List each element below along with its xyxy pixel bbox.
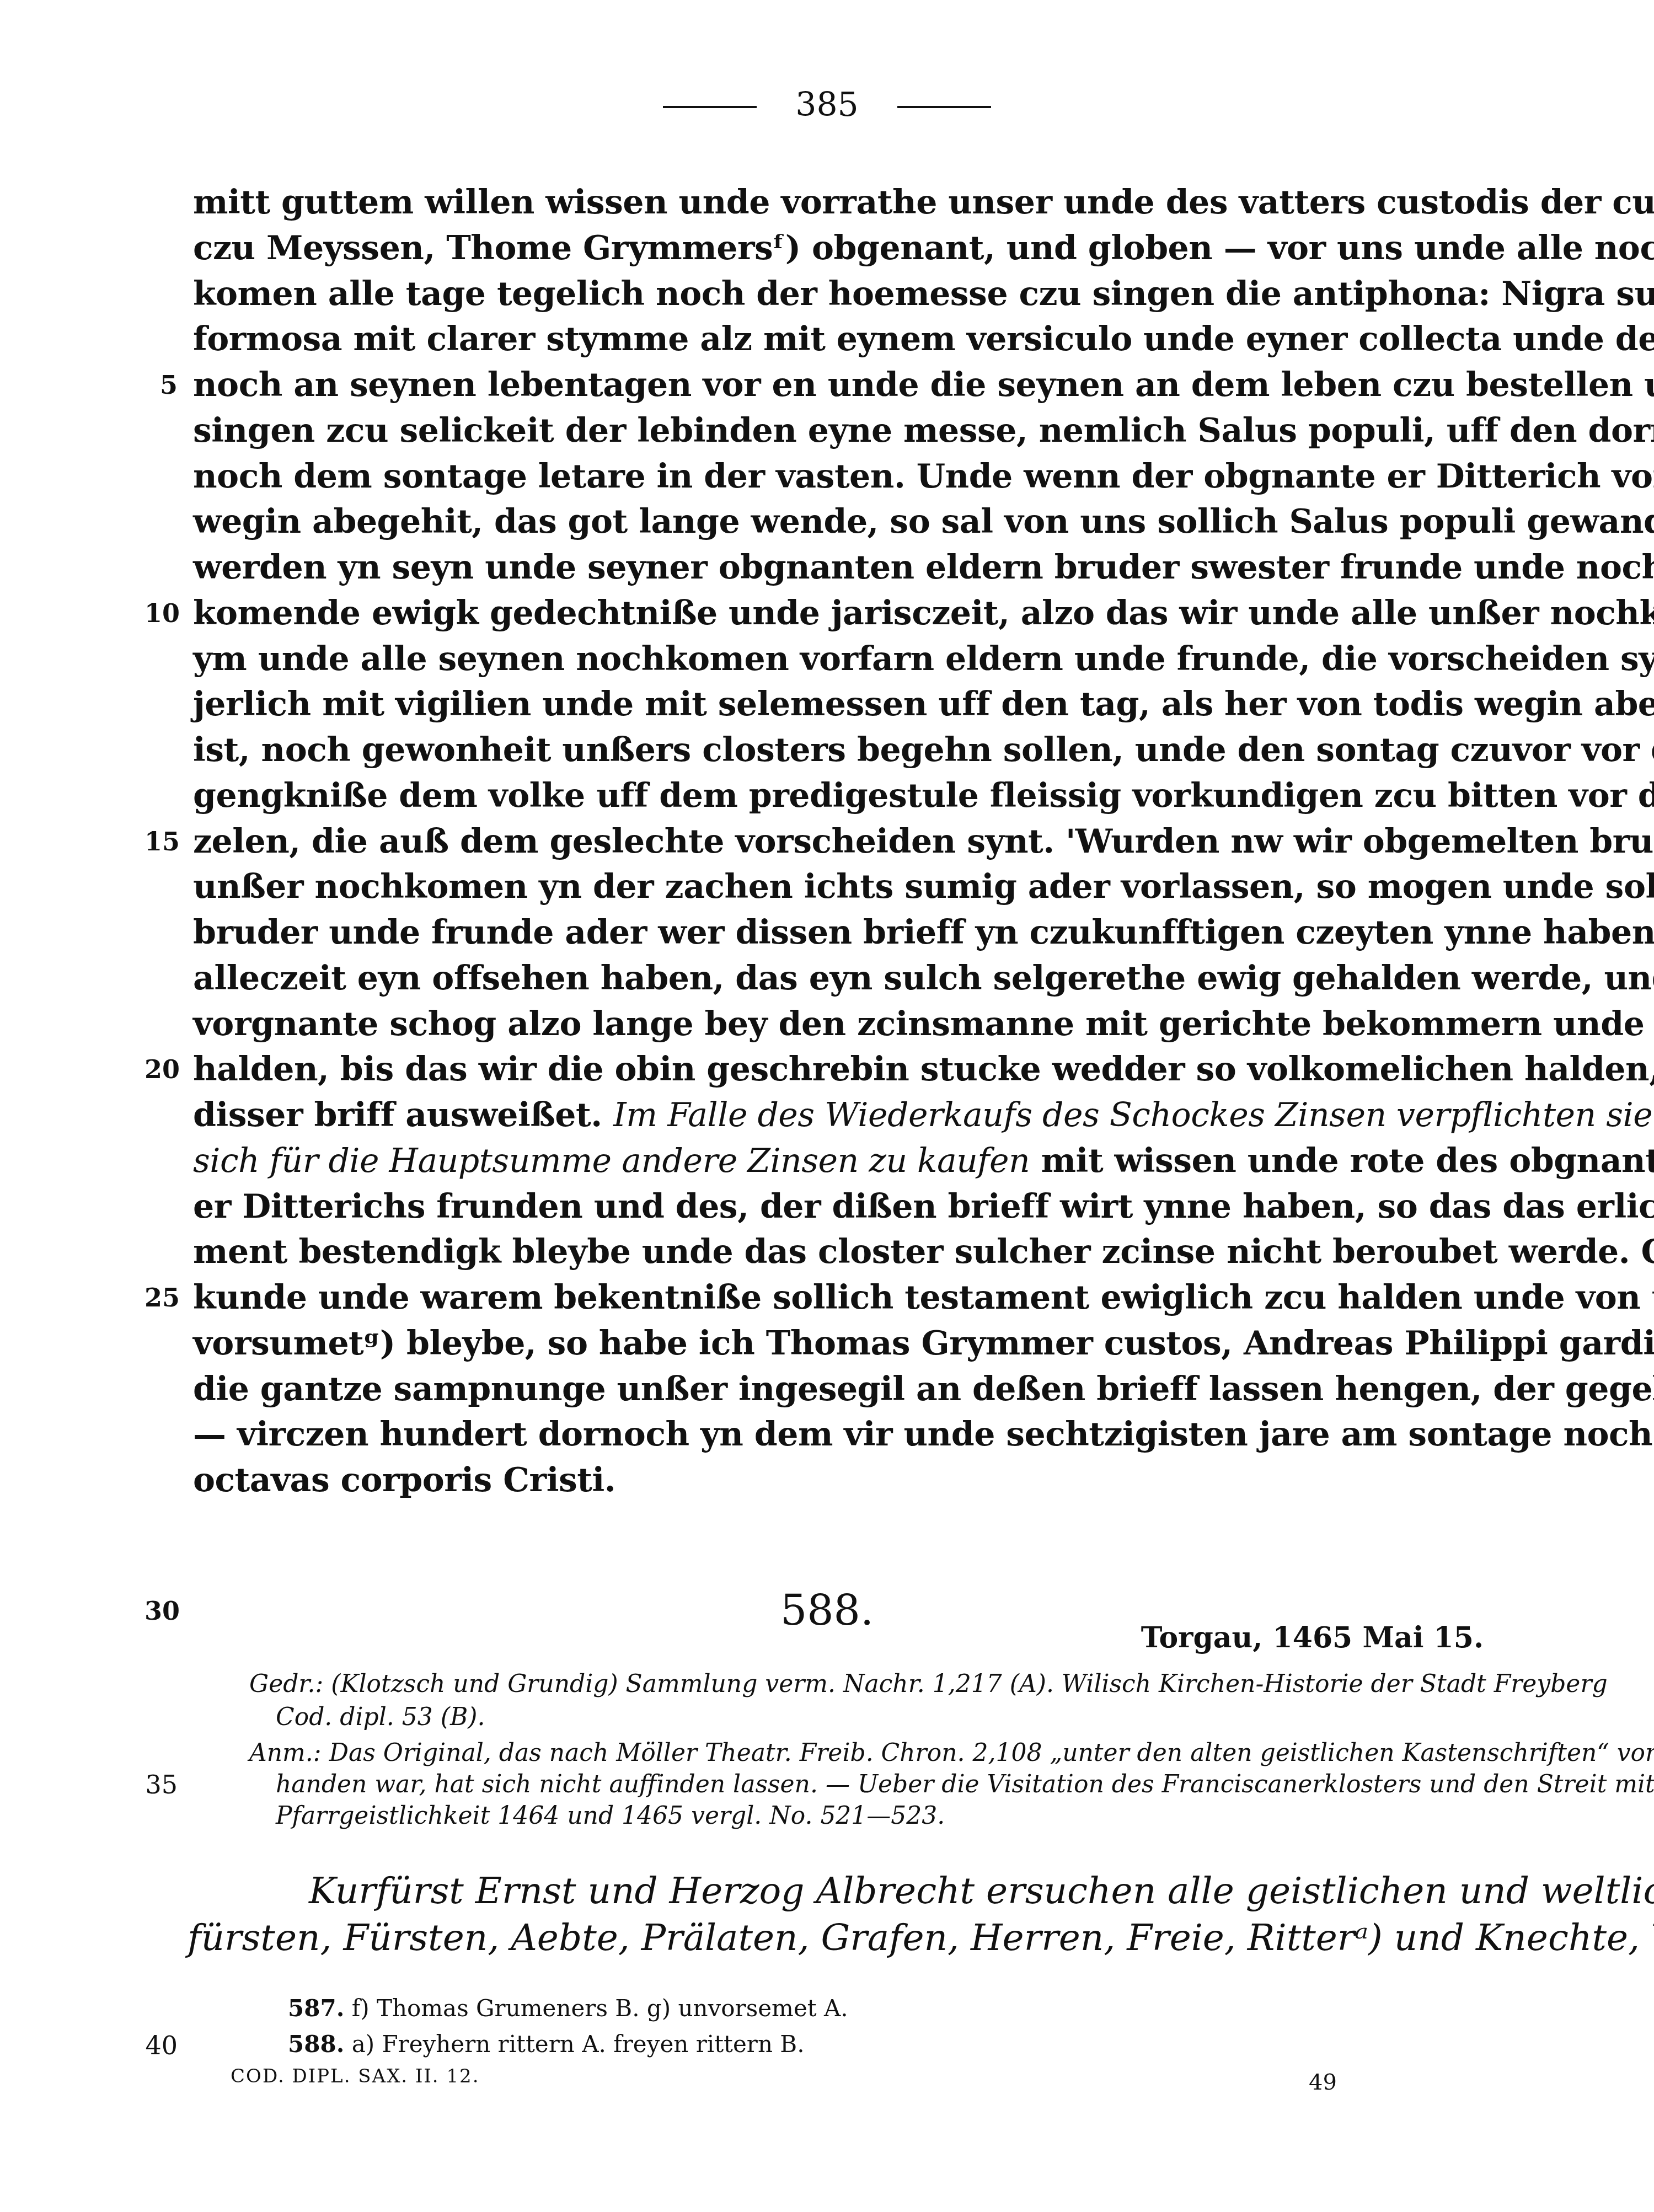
text-line: vorgnante schog alzo lange bey den zcins… [193,1001,1484,1047]
text-line: bruder unde frunde ader wer dissen brief… [193,910,1484,956]
text-line: noch an seynen lebentagen vor en unde di… [193,362,1484,408]
footnote-text: a) Freyhern rittern A. freyen rittern B. [344,2031,804,2058]
text-line: wegin abegehit, das got lange wende, so … [193,499,1484,545]
line-text: vorsumetᵍ) bleybe, so habe ich Thomas Gr… [193,1324,1654,1363]
text-line: ym unde alle seynen nochkomen vorfarn el… [193,636,1484,682]
text-line: disser briff ausweißet. Im Falle des Wie… [193,1092,1484,1138]
line-number: 20 [144,1047,178,1092]
header-rule-left [663,106,757,108]
line-text: ist, noch gewonheit unßers closters bege… [193,731,1654,769]
italic-editorial-text: sich für die Hauptsumme andere Zinsen zu… [193,1142,1030,1180]
line-text: czu Meyssen, Thome Grymmersᶠ) obgenant, … [193,229,1654,267]
text-line: — virczen hundert dornoch yn dem vir und… [193,1412,1484,1458]
page-header: 385 [0,83,1654,127]
text-line: jerlich mit vigilien unde mit selemessen… [193,682,1484,727]
text-line: octavas corporis Cristi. [193,1458,1484,1503]
sheet-signature: COD. DIPL. SAX. II. 12. [231,2065,480,2087]
source-print-line: Gedr.: (Klotzsch und Grundig) Sammlung v… [249,1668,1482,1700]
line-text: zelen, die auß dem geslechte vorscheiden… [193,822,1654,861]
line-text: halden, bis das wir die obin geschrebin … [193,1050,1654,1089]
line-text: wegin abegehit, das got lange wende, so … [193,502,1654,541]
line-text: ym unde alle seynen nochkomen vorfarn el… [193,640,1654,678]
text-line: mitt guttem willen wissen unde vorrathe … [193,180,1484,226]
line-number: 15 [144,819,178,865]
line-text: komende ewigk gedechtniße unde jarisczei… [193,594,1654,633]
sheet-number: 49 [1309,2069,1337,2096]
line-number: 10 [144,591,178,636]
text-line: singen zcu selickeit der lebinden eyne m… [193,408,1484,454]
text-line: gengkniße dem volke uff dem predigestule… [193,773,1484,819]
line-number: 35 [144,1762,178,1808]
annotation-line-2: handen war, hat sich nicht auffinden las… [276,1769,1482,1800]
regest-line-2: fürsten, Fürsten, Aebte, Prälaten, Grafe… [188,1914,1484,1962]
text-line: alleczeit eyn offsehen haben, das eyn su… [193,956,1484,1001]
line-text: unßer nochkomen yn der zachen ichts sumi… [193,867,1654,906]
text-line: komen alle tage tegelich noch der hoemes… [193,271,1484,317]
line-text: mitt guttem willen wissen unde vorrathe … [193,183,1654,222]
line-text: komen alle tage tegelich noch der hoemes… [193,275,1654,313]
text-line: ist, noch gewonheit unßers closters bege… [193,727,1484,773]
footnote-text: f) Thomas Grumeners B. g) unvorsemet A. [344,1995,848,2022]
line-text: werden yn seyn unde seyner obgnanten eld… [193,548,1654,587]
line-text: jerlich mit vigilien unde mit selemessen… [193,685,1654,724]
line-text: ment bestendigk bleybe unde das closter … [193,1233,1654,1271]
line-text: kunde unde warem bekentniße sollich test… [193,1278,1654,1317]
place-date: Torgau, 1465 Mai 15. [1141,1616,1484,1660]
source-print-line-2: Cod. dipl. 53 (B). [276,1701,1482,1733]
text-line: zelen, die auß dem geslechte vorscheiden… [193,819,1484,865]
line-number: 5 [144,362,178,408]
line-text: vorgnante schog alzo lange bey den zcins… [193,1005,1654,1043]
text-line: unßer nochkomen yn der zachen ichts sumi… [193,864,1484,910]
footnote-588: 588. a) Freyhern rittern A. freyen ritte… [288,2028,805,2061]
line-number: 25 [144,1275,178,1321]
text-line: komende ewigk gedechtniße unde jarisczei… [193,591,1484,636]
page-number: 385 [795,85,859,124]
text-line: ment bestendigk bleybe unde das closter … [193,1229,1484,1275]
footnote-number: 587. [288,1995,344,2022]
text-line: er Ditterichs frunden und des, der dißen… [193,1184,1484,1230]
line-text: noch an seynen lebentagen vor en unde di… [193,366,1654,404]
line-text: alleczeit eyn offsehen haben, das eyn su… [193,959,1654,998]
line-text: noch dem sontage letare in der vasten. U… [193,457,1654,496]
line-text: die gantze sampnunge unßer ingesegil an … [193,1370,1654,1408]
footnote-number: 588. [288,2031,344,2058]
line-text: er Ditterichs frunden und des, der dißen… [193,1187,1654,1226]
line-text: bruder unde frunde ader wer dissen brief… [193,913,1654,952]
header-rule-right [897,106,991,108]
line-text: mit wissen unde rote des obgnanten [1030,1142,1654,1180]
line-text: singen zcu selickeit der lebinden eyne m… [193,411,1654,450]
text-line: halden, bis das wir die obin geschrebin … [193,1047,1484,1092]
text-line: vorsumetᵍ) bleybe, so habe ich Thomas Gr… [193,1321,1484,1367]
line-text: — virczen hundert dornoch yn dem vir und… [193,1415,1652,1454]
text-line: formosa mit clarer stymme alz mit eynem … [193,317,1484,362]
regest-line-1: Kurfürst Ernst und Herzog Albrecht ersuc… [309,1867,1484,1915]
text-line: die gantze sampnunge unßer ingesegil an … [193,1367,1484,1412]
line-text: formosa mit clarer stymme alz mit eynem … [193,320,1654,358]
line-text: disser briff ausweißet. [193,1096,602,1134]
line-number: 40 [144,2023,178,2069]
annotation-line-3: Pfarrgeistlichkeit 1464 und 1465 vergl. … [276,1800,1482,1831]
text-line: noch dem sontage letare in der vasten. U… [193,454,1484,500]
text-line: sich für die Hauptsumme andere Zinsen zu… [193,1138,1484,1184]
text-line: czu Meyssen, Thome Grymmersᶠ) obgenant, … [193,226,1484,271]
footnote-587: 587. f) Thomas Grumeners B. g) unvorseme… [288,1992,848,2025]
annotation-line: Anm.: Das Original, das nach Möller Thea… [249,1737,1482,1769]
line-text: octavas corporis Cristi. [193,1461,615,1499]
text-line: kunde unde warem bekentniße sollich test… [193,1275,1484,1321]
italic-editorial-text: Im Falle des Wiederkaufs des Schockes Zi… [613,1096,1652,1134]
line-text: gengkniße dem volke uff dem predigestule… [193,776,1654,815]
text-line: werden yn seyn unde seyner obgnanten eld… [193,545,1484,591]
